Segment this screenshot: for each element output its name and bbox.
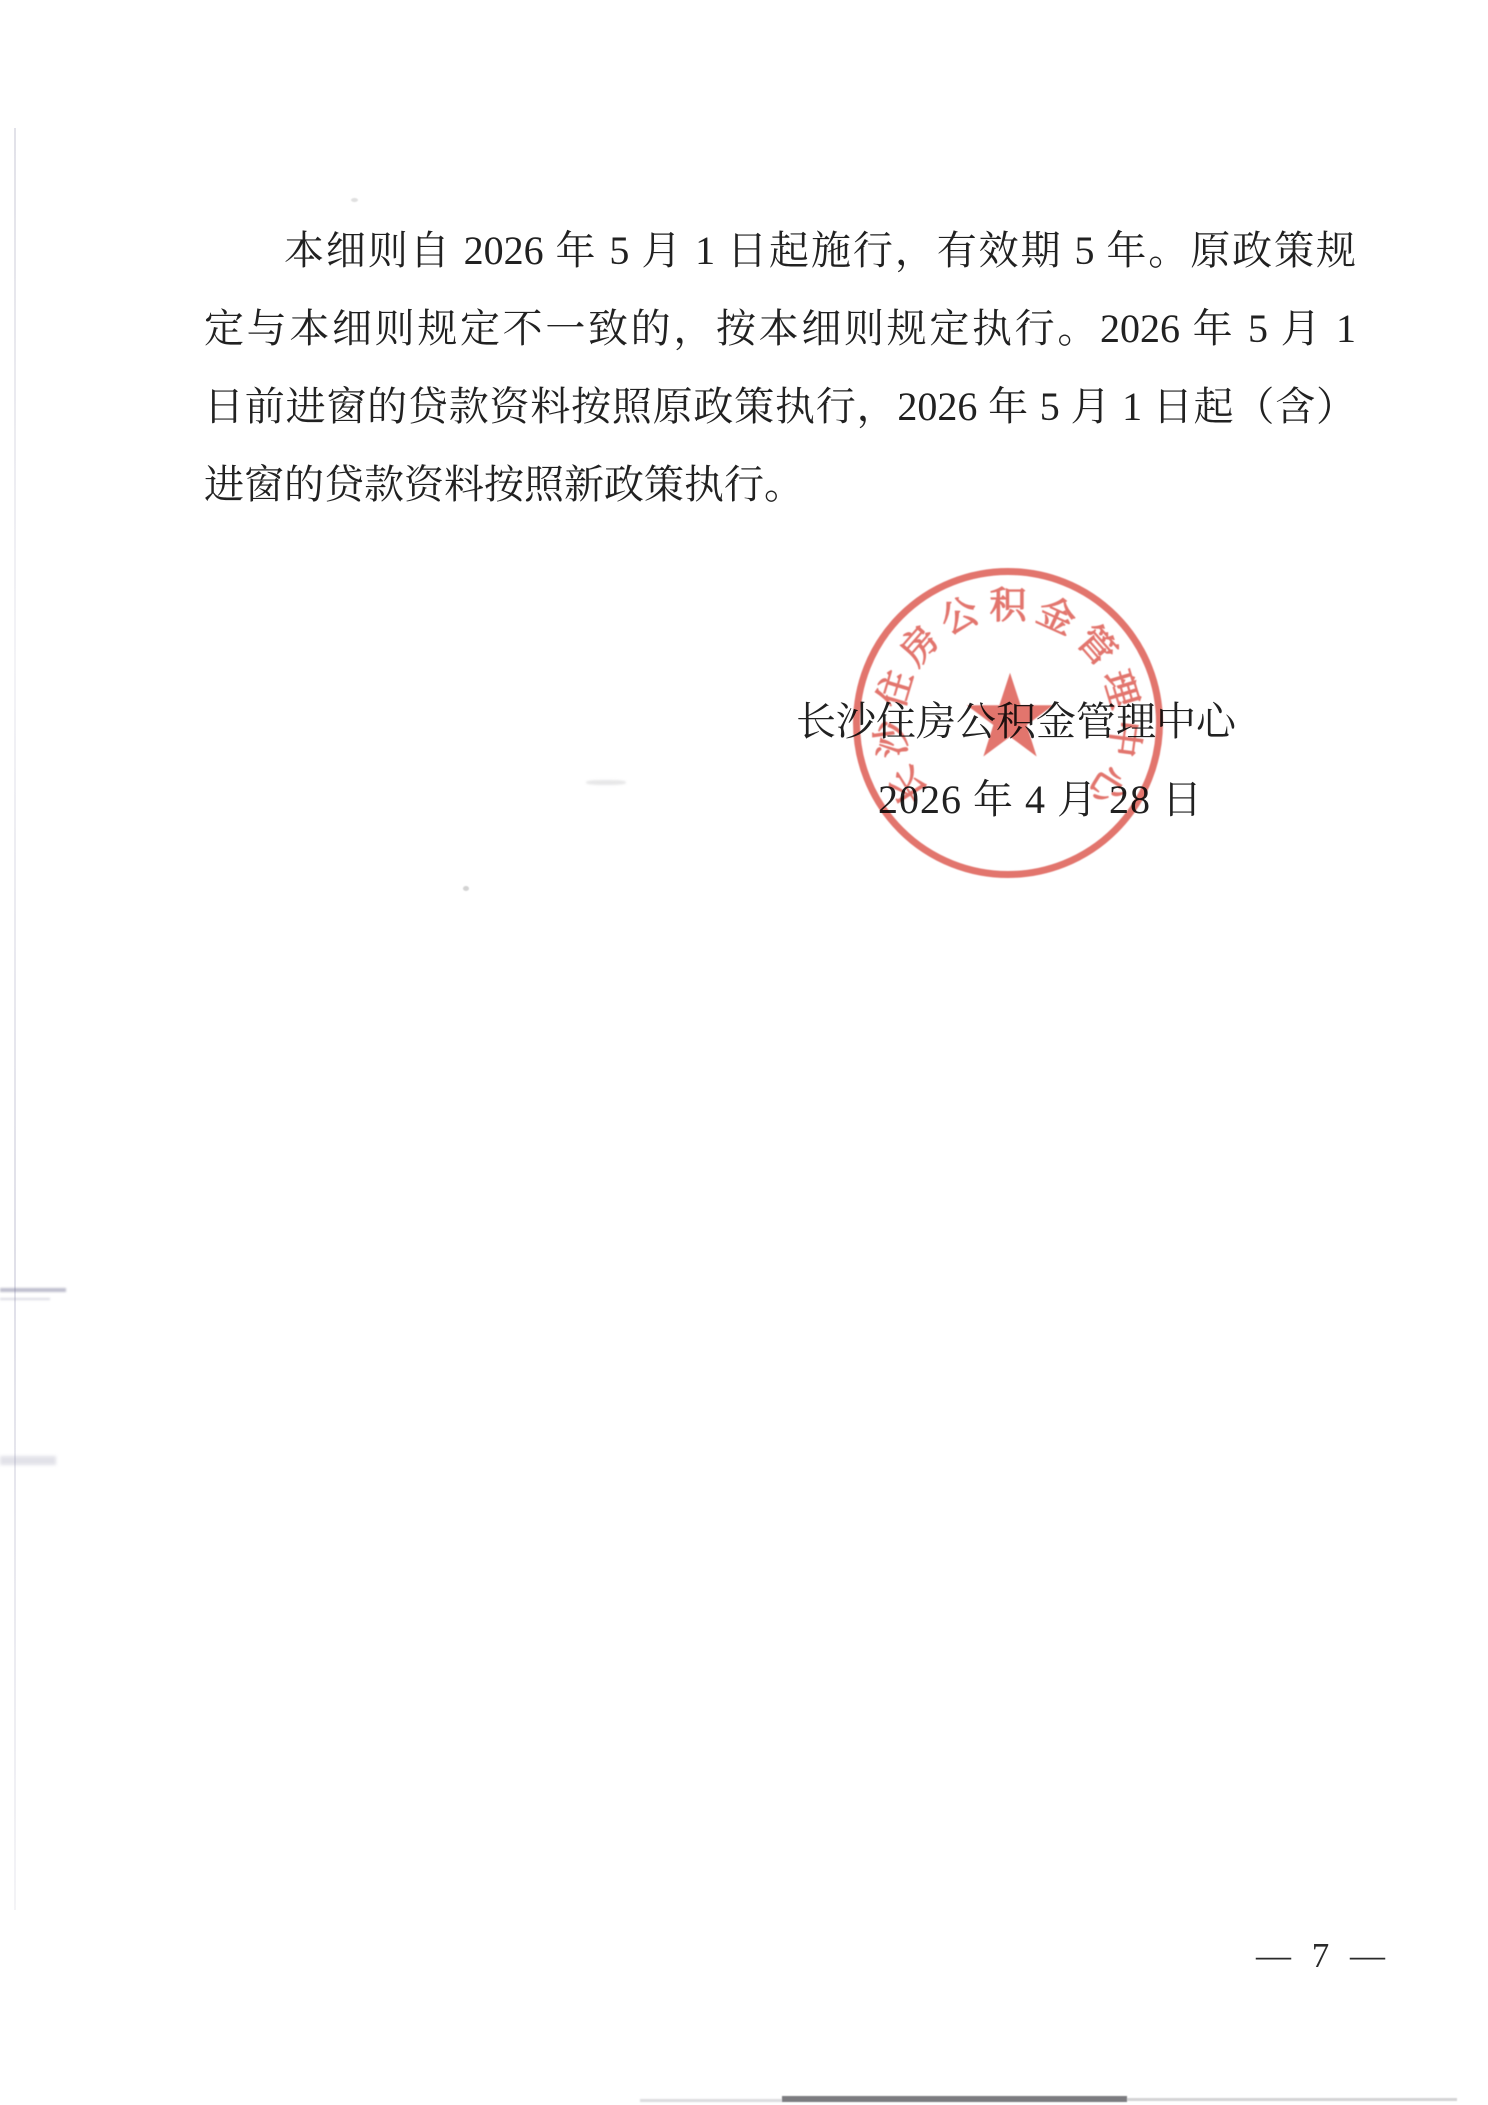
scan-artifact-speck — [351, 198, 358, 202]
scan-artifact-smudge — [0, 1456, 56, 1465]
scan-artifact-speck — [586, 780, 626, 785]
signature-org: 长沙住房公积金管理中心 — [796, 690, 1236, 747]
body-line: 日前进窗的贷款资料按照原政策执行，2026 年 5 月 1 日起（含） — [204, 368, 1356, 446]
document-page: 本细则自 2026 年 5 月 1 日起施行，有效期 5 年。原政策规 定与本细… — [0, 0, 1488, 2105]
body-line: 本细则自 2026 年 5 月 1 日起施行，有效期 5 年。原政策规 — [204, 212, 1356, 290]
signature-date: 2026 年 4 月 28 日 — [878, 768, 1203, 825]
page-number: — 7 — — [1256, 1936, 1391, 1976]
scan-artifact-bottom-line — [782, 2096, 1127, 2102]
scan-artifact-bottom-line — [1127, 2098, 1457, 2101]
body-paragraph: 本细则自 2026 年 5 月 1 日起施行，有效期 5 年。原政策规 定与本细… — [204, 212, 1356, 524]
scan-artifact-left-line — [14, 128, 16, 1910]
body-line: 定与本细则规定不一致的，按本细则规定执行。2026 年 5 月 1 — [204, 290, 1356, 368]
body-line: 进窗的贷款资料按照新政策执行。 — [204, 446, 1356, 524]
scan-artifact-smudge — [0, 1288, 66, 1292]
scan-artifact-speck — [463, 886, 469, 891]
scan-artifact-smudge — [0, 1298, 50, 1300]
scan-artifact-bottom-line — [640, 2099, 782, 2102]
